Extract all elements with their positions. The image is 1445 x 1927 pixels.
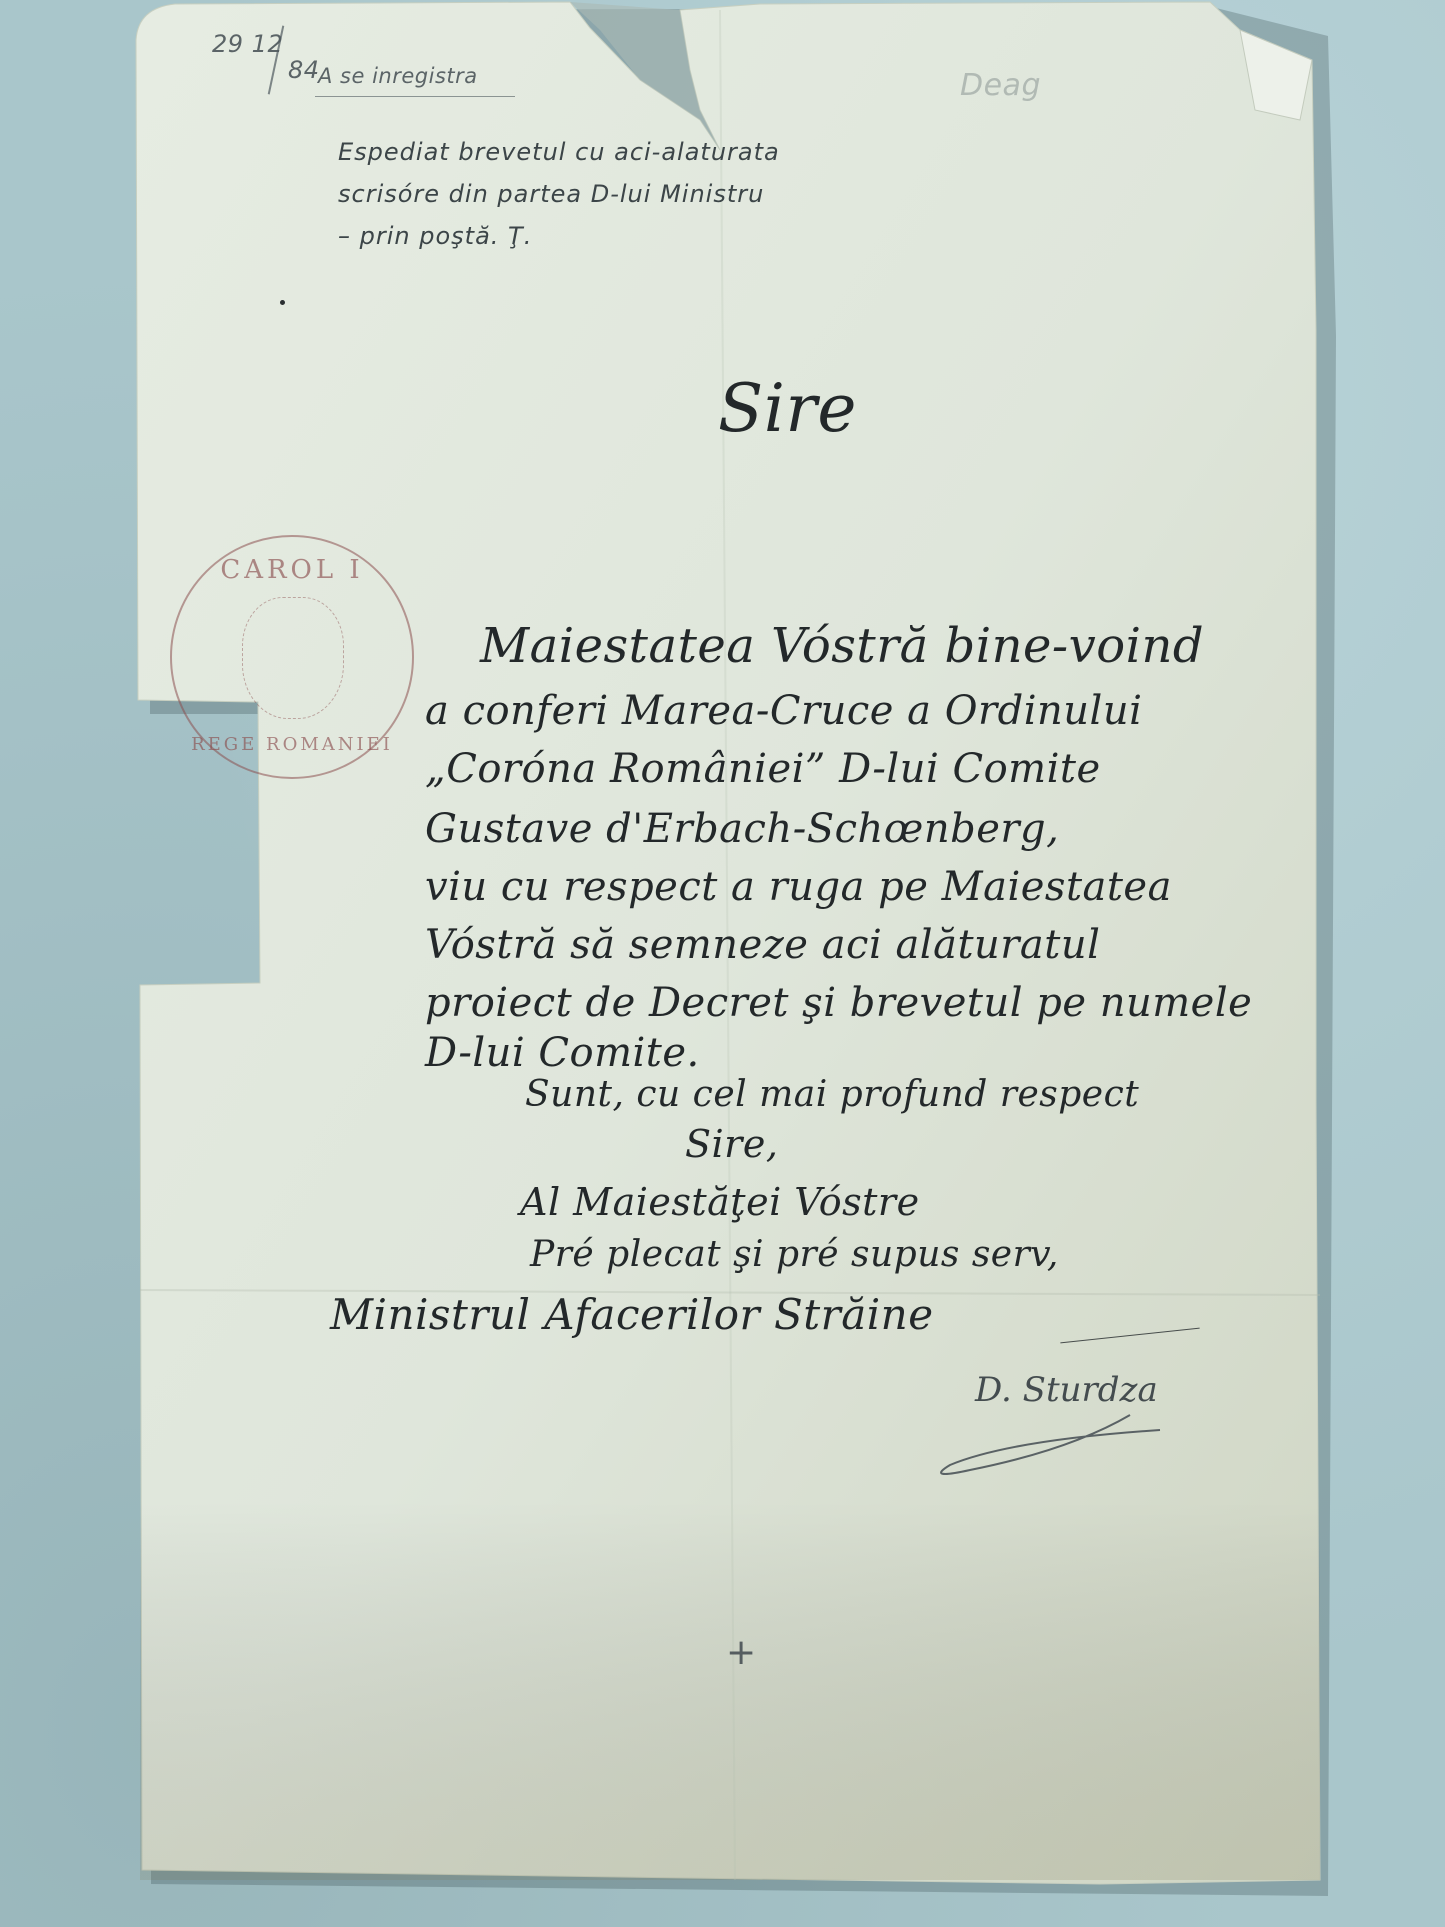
marginal-note-line-2: scrisóre din partea D-lui Ministru xyxy=(338,180,764,208)
closing-line-5: Ministrul Afacerilor Străine xyxy=(330,1290,934,1339)
body-line-6: Vóstră să semneze aci alăturatul xyxy=(425,922,1100,968)
salutation-heading: Sire xyxy=(718,370,857,447)
pencil-cross-mark: + xyxy=(726,1632,756,1673)
faint-pencil-note: Deag xyxy=(960,68,1041,103)
archive-date-numerator: 29 12 xyxy=(212,30,283,58)
marginal-note-line-3: – prin poştă. Ţ. xyxy=(338,222,532,250)
seal-bottom-text: REGE ROMANIEI xyxy=(172,734,412,755)
body-line-2: a conferi Marea-Cruce a Ordinului xyxy=(425,688,1142,734)
seal-top-text: CAROL I xyxy=(172,555,412,585)
closing-line-2: Sire, xyxy=(685,1122,778,1166)
archive-date-mark: 29 12 xyxy=(212,30,283,58)
body-line-7: proiect de Decret şi brevetul pe numele xyxy=(425,980,1252,1026)
closing-line-4: Pré plecat şi pré supus serv, xyxy=(530,1234,1059,1275)
document-photo: 29 12 84 A se inregistra Deag Espediat b… xyxy=(0,0,1445,1927)
closing-line-1: Sunt, cu cel mai profund respect xyxy=(525,1074,1139,1115)
royal-seal-stamp: CAROL I REGE ROMANIEI xyxy=(170,535,414,779)
ink-dot xyxy=(280,300,285,305)
minister-signature: D. Sturdza xyxy=(975,1370,1158,1410)
body-line-5: viu cu respect a ruga pe Maiestatea xyxy=(425,864,1172,910)
body-line-8: D-lui Comite. xyxy=(425,1030,700,1076)
archive-instruction: A se inregistra xyxy=(318,64,478,88)
closing-line-3: Al Maiestăţei Vóstre xyxy=(520,1180,920,1224)
marginal-note-line-1: Espediat brevetul cu aci-alaturata xyxy=(338,138,780,166)
signature-flourish xyxy=(930,1410,1190,1490)
archive-year-mark: 84 xyxy=(288,56,320,84)
coat-of-arms-icon xyxy=(242,597,344,719)
body-line-3: „Coróna României” D-lui Comite xyxy=(425,746,1101,792)
archive-instruction-underline xyxy=(315,96,515,97)
body-line-4: Gustave d'Erbach-Schœnberg, xyxy=(425,806,1059,852)
body-line-1: Maiestatea Vóstră bine-voind xyxy=(480,618,1204,674)
